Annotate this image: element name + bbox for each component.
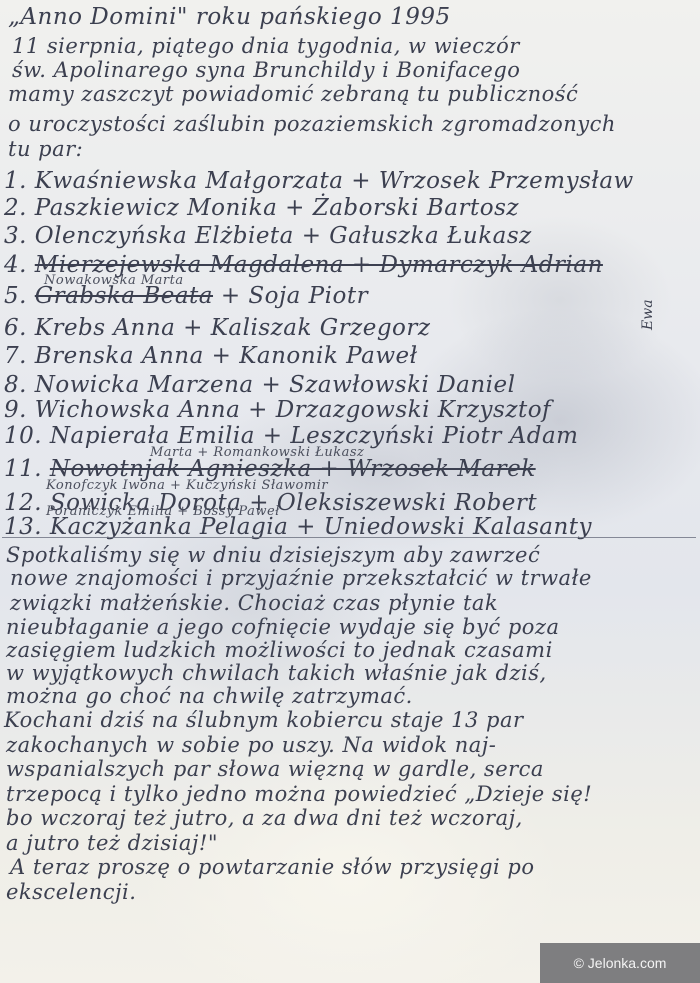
header-line-5: o uroczystości zaślubin pozaziemskich zg… bbox=[8, 112, 616, 136]
body-line-15: ekscelencji. bbox=[6, 880, 136, 904]
body-line-6: w wyjątkowych chwilach takich właśnie ja… bbox=[6, 661, 547, 685]
couple-names: Olenczyńska Elżbieta + Gałuszka Łukasz bbox=[35, 223, 532, 249]
section-divider-line bbox=[2, 537, 696, 538]
body-line-3: związki małżeńskie. Chociaż czas płynie … bbox=[10, 591, 498, 615]
couple-number: 3. bbox=[4, 223, 27, 249]
couple-entry-9: 9. Wichowska Anna + Drzazgowski Krzyszto… bbox=[4, 397, 551, 423]
couple-number: 12. bbox=[4, 490, 42, 516]
body-line-12: bo wczoraj też jutro, a za dwa dni też w… bbox=[6, 806, 523, 830]
body-line-1: Spotkaliśmy się w dniu dzisiejszym aby z… bbox=[6, 543, 540, 567]
body-line-9: zakochanych w sobie po uszy. Na widok na… bbox=[6, 733, 496, 757]
body-line-5: zasięgiem ludzkich możliwości to jednak … bbox=[6, 638, 553, 662]
couple-number: 4. bbox=[4, 252, 27, 278]
couple-names-struck-part: Grabska Beata bbox=[35, 283, 213, 309]
header-line-3: św. Apolinarego syna Brunchildy i Bonifa… bbox=[12, 58, 520, 82]
body-line-2: nowe znajomości i przyjaźnie przekształc… bbox=[10, 566, 592, 590]
couple-names-remainder: + Soja Piotr bbox=[213, 283, 368, 309]
watermark-text: © Jelonka.com bbox=[574, 955, 667, 971]
couple-names: Nowicka Marzena + Szawłowski Daniel bbox=[35, 372, 516, 398]
couple-entry-2: 2. Paszkiewicz Monika + Żaborski Bartosz bbox=[4, 195, 519, 221]
couple-names: Kwaśniewska Małgorzata + Wrzosek Przemys… bbox=[35, 168, 634, 194]
header-line-1: „Anno Domini" roku pańskiego 1995 bbox=[8, 4, 451, 30]
couple-entry-8: 8. Nowicka Marzena + Szawłowski Daniel bbox=[4, 372, 516, 398]
body-line-13: a jutro też dzisiaj!" bbox=[6, 831, 218, 855]
couple-entry-7: 7. Brenska Anna + Kanonik Paweł bbox=[4, 343, 418, 369]
margin-note: Ewa bbox=[640, 299, 656, 330]
watermark-badge: © Jelonka.com bbox=[540, 943, 700, 983]
couple-number: 9. bbox=[4, 397, 27, 423]
body-line-11: trzepocą i tylko jedno można powiedzieć … bbox=[6, 782, 592, 806]
couple-number: 11. bbox=[4, 456, 42, 482]
header-line-4: mamy zaszczyt powiadomić zebraną tu publ… bbox=[8, 82, 578, 106]
couple-number: 7. bbox=[4, 343, 27, 369]
body-line-4: nieubłaganie a jego cofnięcie wydaje się… bbox=[6, 615, 560, 639]
body-line-10: wspanialszych par słowa więzną w gardle,… bbox=[6, 757, 544, 781]
header-line-2: 11 sierpnia, piątego dnia tygodnia, w wi… bbox=[12, 34, 520, 58]
couple-names: Wichowska Anna + Drzazgowski Krzysztof bbox=[35, 397, 551, 423]
couple-number: 2. bbox=[4, 195, 27, 221]
couple-names: Paszkiewicz Monika + Żaborski Bartosz bbox=[35, 195, 519, 221]
couple-entry-6: 6. Krebs Anna + Kaliszak Grzegorz bbox=[4, 315, 431, 341]
couple-names: Krebs Anna + Kaliszak Grzegorz bbox=[35, 315, 431, 341]
couple-number: 5. bbox=[4, 283, 27, 309]
couple-number: 6. bbox=[4, 315, 27, 341]
body-line-8: Kochani dziś na ślubnym kobiercu staje 1… bbox=[4, 708, 524, 732]
couple-entry-3: 3. Olenczyńska Elżbieta + Gałuszka Łukas… bbox=[4, 223, 532, 249]
couple-entry-1: 1. Kwaśniewska Małgorzata + Wrzosek Prze… bbox=[4, 168, 634, 194]
couple-number: 1. bbox=[4, 168, 27, 194]
body-line-7: można go choć na chwilę zatrzymać. bbox=[6, 684, 413, 708]
couple-entry-5: 5. Grabska Beata + Soja Piotr bbox=[4, 283, 368, 309]
couple-number: 8. bbox=[4, 372, 27, 398]
couple-number: 10. bbox=[4, 423, 42, 449]
couple-names: Brenska Anna + Kanonik Paweł bbox=[35, 343, 418, 369]
body-line-14: A teraz proszę o powtarzanie słów przysi… bbox=[10, 855, 535, 879]
header-line-6: tu par: bbox=[8, 137, 83, 161]
